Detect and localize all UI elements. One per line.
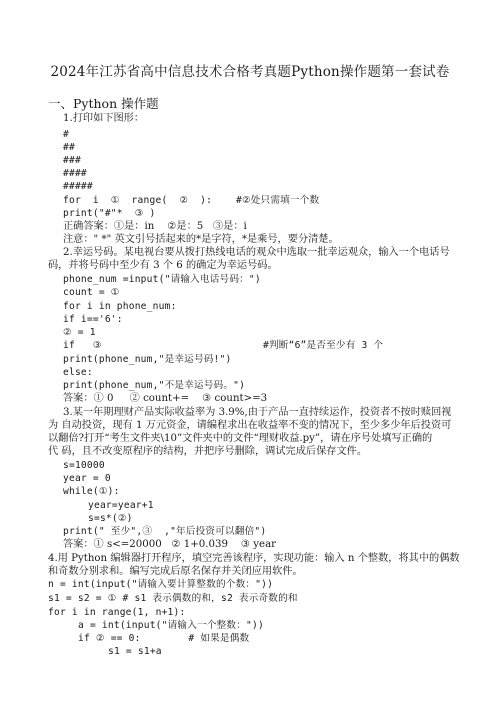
text-line: 答案：① s<=20000 ② 1+0.039 ③ year — [63, 538, 276, 552]
code-line: while(①): — [63, 485, 120, 499]
code-line: count = ① — [63, 286, 120, 300]
code-line: ### — [63, 154, 81, 168]
text-line: 4.用 Python 编辑器打开程序，填空完善该程序，实现功能：输入 n 个整数… — [48, 552, 460, 566]
text-line: 注意：" *" 英文引号括起来的*是字符，*是乘号，要分清楚。 — [63, 233, 339, 247]
code-line: print(" 至少",③ ,"年后投资可以翻倍") — [63, 525, 266, 539]
code-line: phone_num =input("请输入电话号码：") — [63, 273, 261, 287]
document-title: 2024年江苏省高中信息技术合格考真题Python操作题第一套试卷 — [0, 60, 500, 80]
text-line: 和奇数分别求和。编写完成后原名保存并关闭应用软件。 — [48, 565, 303, 579]
code-line: s1 = s2 = ① # s1 表示偶数的和，s2 表示奇数的和 — [48, 592, 298, 606]
code-line: #### — [63, 167, 87, 181]
text-line: 3.某一年期理财产品实际收益率为 3.9%,由于产品一直持续运作，投资者不按时赎… — [63, 406, 451, 420]
text-line: 正确答案：①是：in ②是：5 ③是：i — [63, 220, 247, 234]
text-line: 以翻倍?打开“考生文件夹\10”文件夹中的文件“理财收益.py”，请在序号处填写… — [48, 432, 432, 446]
code-line: ##### — [63, 180, 93, 194]
text-line: 代 码，且不改变原程序的结构，并把序号删除，调试完成后保存文件。 — [48, 445, 367, 459]
code-line: if ② == 0: # 如果是偶数 — [78, 632, 249, 646]
code-line: ② = 1 — [63, 326, 96, 340]
code-line: print("#"* ③ ) — [63, 207, 155, 221]
code-line: s=s*(②) — [88, 512, 133, 526]
text-line: 码，并将号码中至少有 3 个 6 的确定为幸运号码。 — [48, 259, 278, 273]
code-line: for i in range(1, n+1): — [48, 606, 185, 620]
section-heading: 一、Python 操作题 — [48, 94, 159, 112]
text-line: 为 自动投资，现有 1 万元资金，请编程求出在收益率不变的情况下，至少多少年后投… — [48, 419, 451, 433]
code-line: year = 0 — [63, 472, 111, 486]
code-line: else: — [63, 366, 93, 380]
text-line: 1.打印如下图形： — [63, 112, 144, 126]
text-line: 答案：① 0 ② count+= ③ count>=3 — [63, 392, 267, 406]
code-line: s1 = s1+a — [108, 645, 162, 659]
code-line: for i in phone_num: — [63, 300, 177, 314]
code-line: for i ① range( ② ): #②处只需填一个数 — [63, 194, 319, 208]
code-line: if i=='6': — [63, 313, 123, 327]
code-line: print(phone_num,"不是幸运号码。") — [63, 379, 245, 393]
code-line: # — [63, 128, 69, 142]
code-line: year=year+1 — [88, 499, 154, 513]
code-line: a = int(input("请输入一个整数：")) — [78, 619, 264, 633]
text-line: 2.幸运号码。某电视台要从拨打热线电话的观众中选取一批幸运观众，输入一个电话号 — [63, 246, 450, 260]
code-line: ## — [63, 141, 75, 155]
document-page: 2024年江苏省高中信息技术合格考真题Python操作题第一套试卷 一、Pyth… — [0, 0, 500, 707]
code-line: s=10000 — [63, 459, 105, 473]
code-line: if ③ #判断“6”是否至少有 3 个 — [63, 339, 383, 353]
code-line: print(phone_num,"是幸运号码!") — [63, 353, 232, 367]
code-line: n = int(input("请输入要计算整数的个数：")) — [48, 578, 273, 592]
